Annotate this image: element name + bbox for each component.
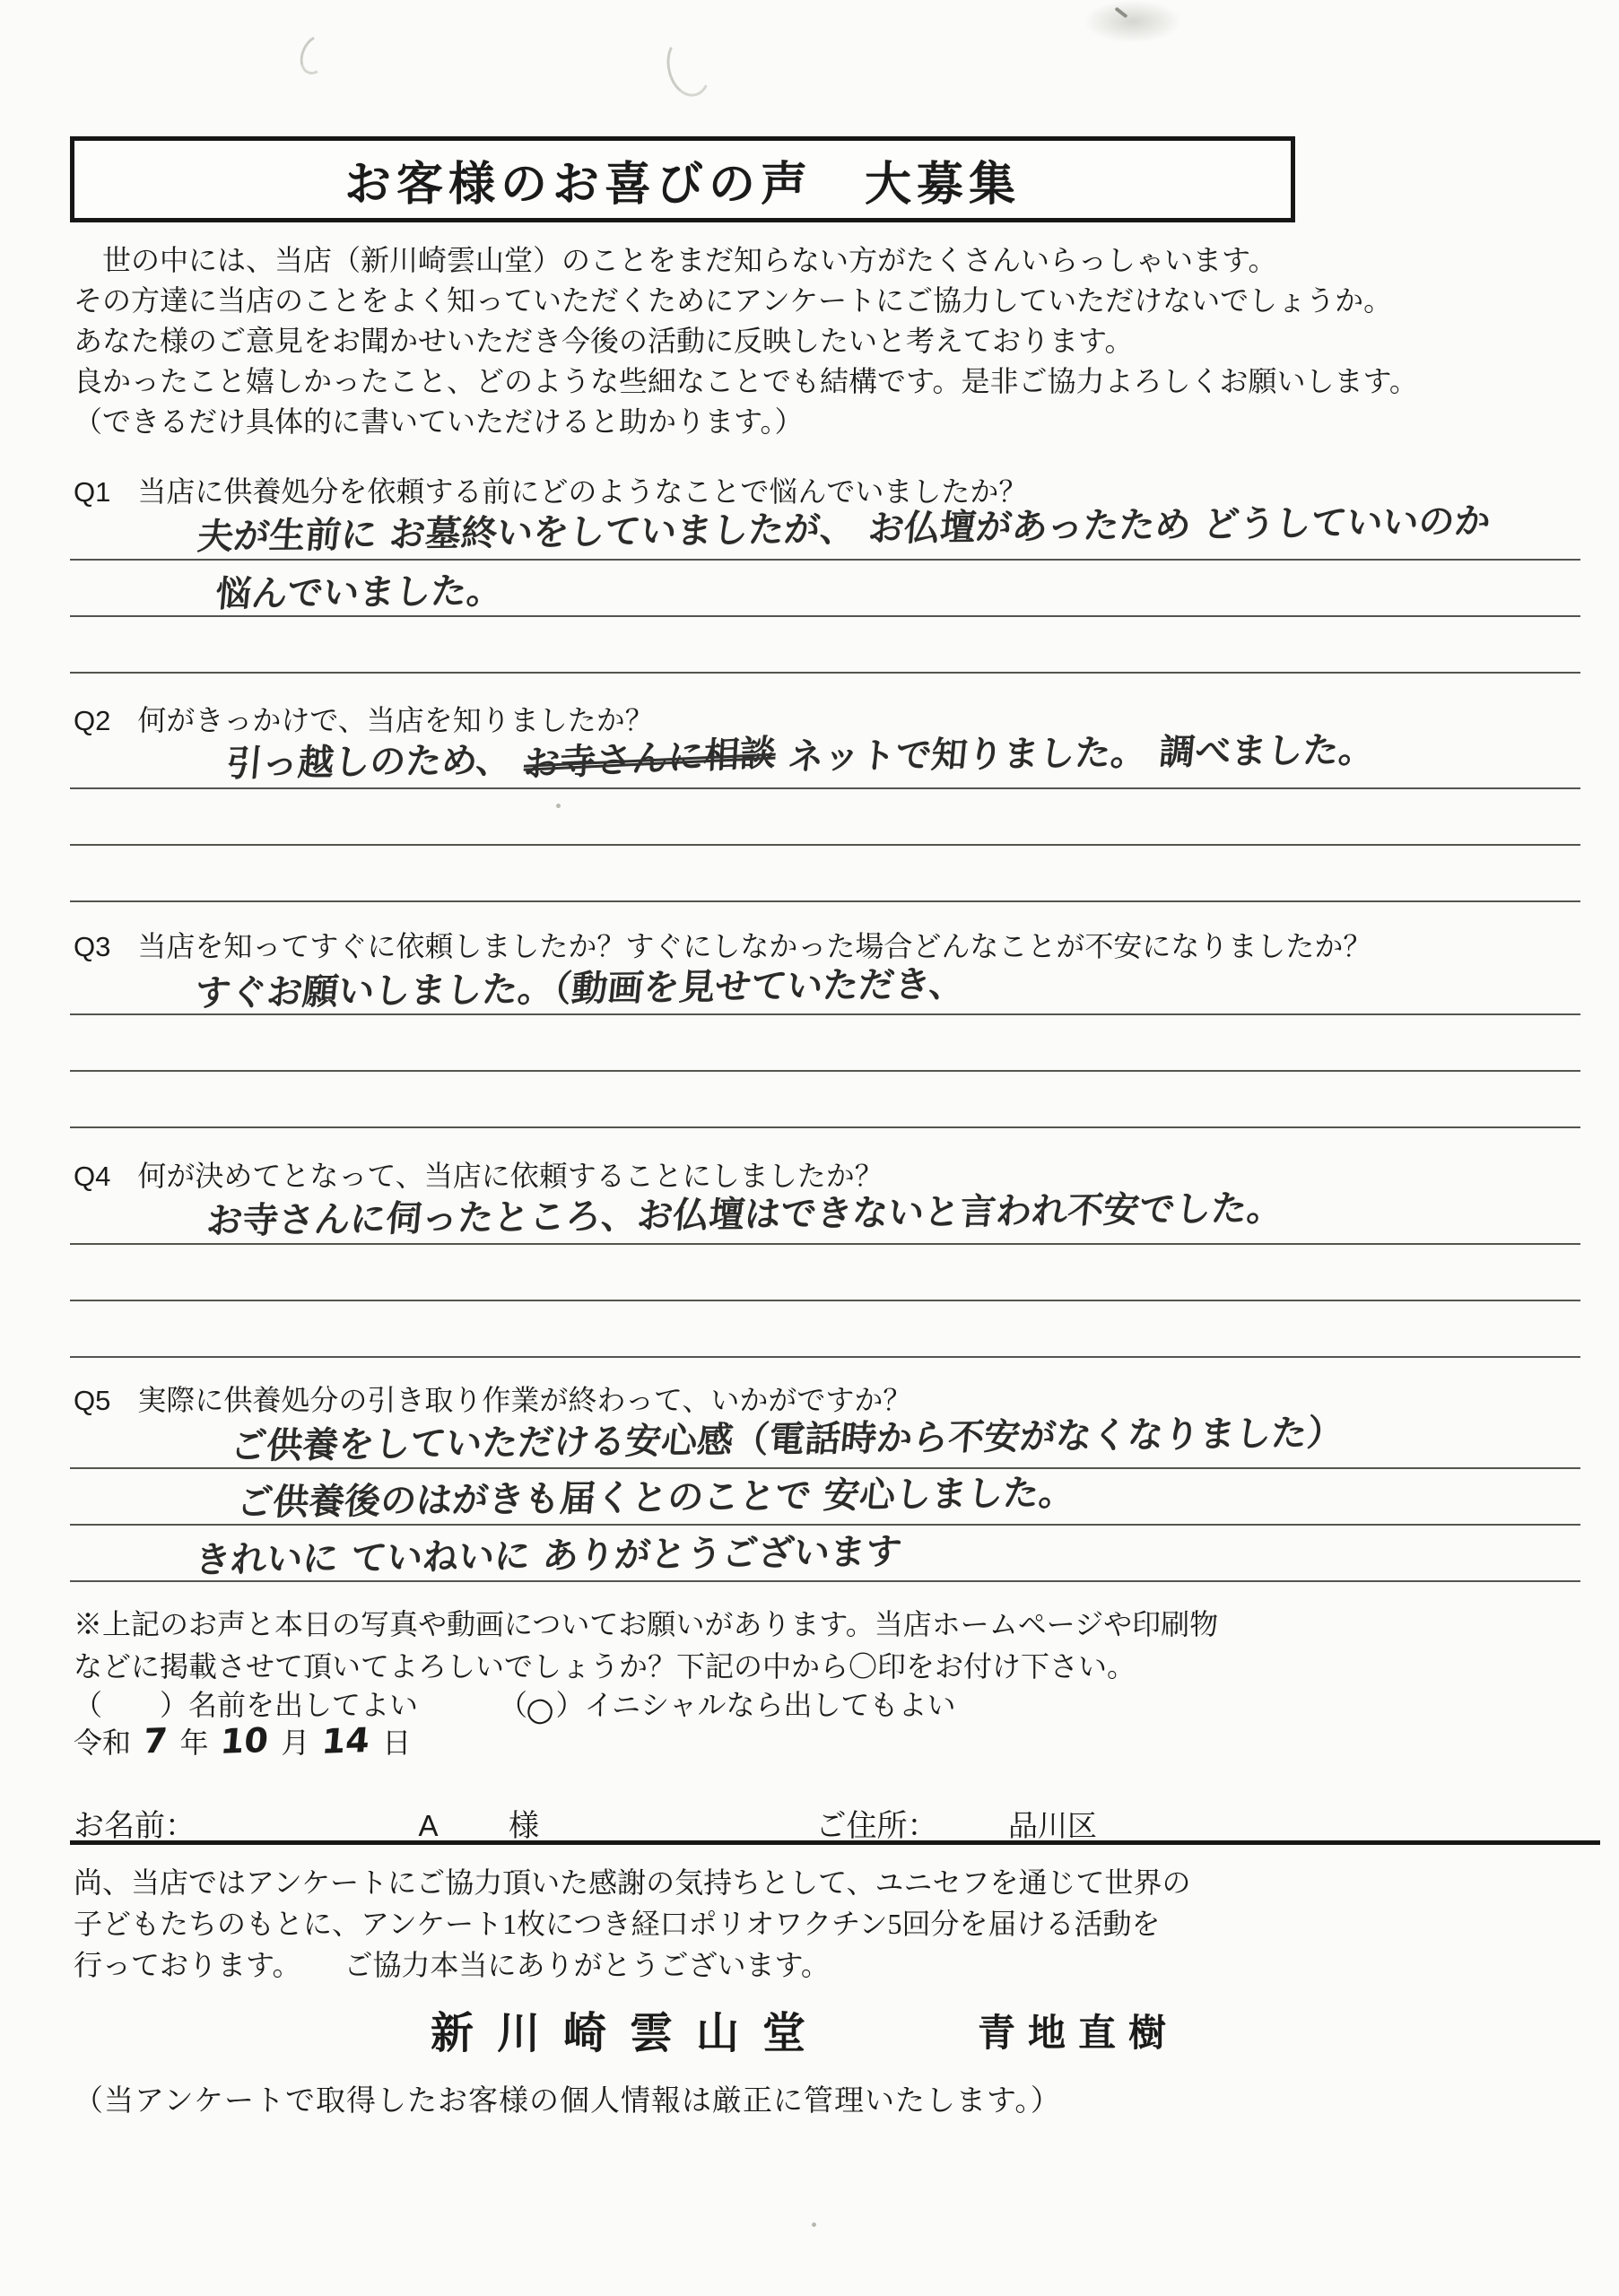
consent-notice-line: などに掲載させて頂いてよろしいでしょうか？下記の中から〇印をお付け下さい。: [74, 1644, 1136, 1685]
intro-line: あなた様のご意見をお聞かせいただき今後の活動に反映したいと考えております。: [74, 321, 1598, 361]
name-honorific: 様: [509, 1801, 539, 1845]
question-block-q5: Q5実際に供養処分の引き取り作業が終わって、いかがですか？ ご供養をしていただけ…: [0, 1378, 1619, 1597]
answer-line: [70, 1013, 1580, 1015]
page-title: お客様のお喜びの声 大募集: [344, 146, 1021, 213]
answer-line: [70, 1243, 1580, 1245]
handwritten-day: 14: [320, 1720, 371, 1761]
question-number: Q2: [74, 705, 110, 736]
date-line: 令和7年10月14日: [74, 1720, 411, 1761]
question-block-q1: Q1当店に供養処分を依頼する前にどのようなことで悩んでいましたか？ 夫が生前に …: [0, 469, 1619, 689]
handwritten-answer: 悩んでいました。: [213, 562, 505, 617]
question-number: Q4: [74, 1161, 110, 1192]
scan-curl-mark: [661, 32, 716, 100]
answer-line: [70, 1356, 1580, 1358]
handwritten-year: 7: [142, 1721, 169, 1761]
question-block-q3: Q3当店を知ってすぐに依頼しましたか？すぐにしなかった場合どんなことが不安になり…: [0, 924, 1619, 1144]
address-value: 品川区: [1008, 1803, 1097, 1845]
crossed-out-text: お寺さんに相談: [523, 725, 778, 787]
thanks-line: 尚、当店ではアンケートにご協力頂いた感謝の気持ちとして、ユニセフを通じて世界の: [74, 1862, 1190, 1903]
answer-line: [70, 672, 1580, 674]
scan-speck: [812, 2222, 816, 2227]
divider-line: [70, 1840, 1600, 1845]
intro-paragraph: 世の中には、当店（新川崎雲山堂）のことをまだ知らない方がたくさんいらっしゃいます…: [74, 240, 1598, 442]
shop-name: 新川崎雲山堂: [431, 1998, 829, 2060]
answer-line: [70, 1126, 1580, 1128]
question-block-q4: Q4何が決めてとなって、当店に依頼することにしましたか？ お寺さんに伺ったところ…: [0, 1153, 1619, 1373]
name-value: A: [419, 1809, 439, 1843]
date-era: 令和: [74, 1726, 131, 1759]
intro-line: 世の中には、当店（新川崎雲山堂）のことをまだ知らない方がたくさんいらっしゃいます…: [74, 240, 1598, 281]
answer-line: [70, 900, 1580, 902]
intro-line: 良かったこと嬉しかったこと、どのような些細なことでも結構です。是非ご協力よろしく…: [74, 361, 1598, 402]
answer-line: [70, 1467, 1580, 1469]
consent-option-name: （ ）名前を出してよい: [74, 1689, 418, 1721]
thanks-line: 子どもたちのもとに、アンケート1枚につき経口ポリオワクチン5回分を届ける活動を: [74, 1903, 1190, 1944]
answer-line: [70, 559, 1580, 561]
question-number: Q3: [74, 931, 110, 962]
consent-option-initial: （○）イニシャルなら出してもよい: [499, 1689, 956, 1721]
question-number: Q1: [74, 476, 110, 508]
consent-options-line: （ ）名前を出してよい（○）イニシャルなら出してもよい: [74, 1683, 956, 1724]
thanks-paragraph: 尚、当店ではアンケートにご協力頂いた感謝の気持ちとして、ユニセフを通じて世界の …: [74, 1862, 1190, 1986]
scan-smudge: [1084, 0, 1182, 43]
answer-line: [70, 1070, 1580, 1072]
handwritten-answer: ご供養後のはがきも届くとのことで 安心しました。: [235, 1465, 1077, 1526]
answer-line: [70, 1524, 1580, 1526]
answer-line: [70, 844, 1580, 846]
consent-notice-line: ※上記のお声と本日の写真や動画についてお願いがあります。当店ホームページや印刷物: [74, 1602, 1218, 1643]
question-block-q2: Q2何がきっかけで、当店を知りましたか？ 引っ越しのため、 お寺さんに相談 ネッ…: [0, 698, 1619, 918]
intro-line: （できるだけ具体的に書いていただけると助かります。）: [74, 402, 1598, 442]
name-label: お名前：: [74, 1810, 196, 1843]
person-name: 青地直樹: [978, 2004, 1179, 2057]
name-address-row: お名前： A 様 ご住所： 品川区: [74, 1801, 1598, 1845]
answer-line: [70, 1300, 1580, 1301]
thanks-line: 行っております。 ご協力本当にありがとうございます。: [74, 1944, 1190, 1986]
answer-line: [70, 787, 1580, 789]
intro-line: その方達に当店のことをよく知っていただくためにアンケートにご協力していただけない…: [74, 281, 1598, 321]
handwritten-month: 10: [219, 1720, 270, 1761]
handwritten-answer: きれいに ていねいに ありがとうございます: [193, 1523, 904, 1583]
answer-line: [70, 1580, 1580, 1582]
handwritten-circle-mark: ○: [523, 1689, 558, 1731]
scanned-survey-page: お客様のお喜びの声 大募集 世の中には、当店（新川崎雲山堂）のことをまだ知らない…: [0, 0, 1619, 2296]
scan-curl-mark: [294, 30, 337, 79]
privacy-note: （当アンケートで取得したお客様の個人情報は厳正に管理いたします。）: [74, 2077, 1061, 2119]
question-number: Q5: [74, 1385, 110, 1416]
title-box: お客様のお喜びの声 大募集: [70, 136, 1295, 222]
address-label: ご住所：: [816, 1801, 938, 1845]
handwritten-answer: すぐお願いしました。（動画を見せていただき、: [193, 955, 968, 1016]
answer-line: [70, 615, 1580, 617]
